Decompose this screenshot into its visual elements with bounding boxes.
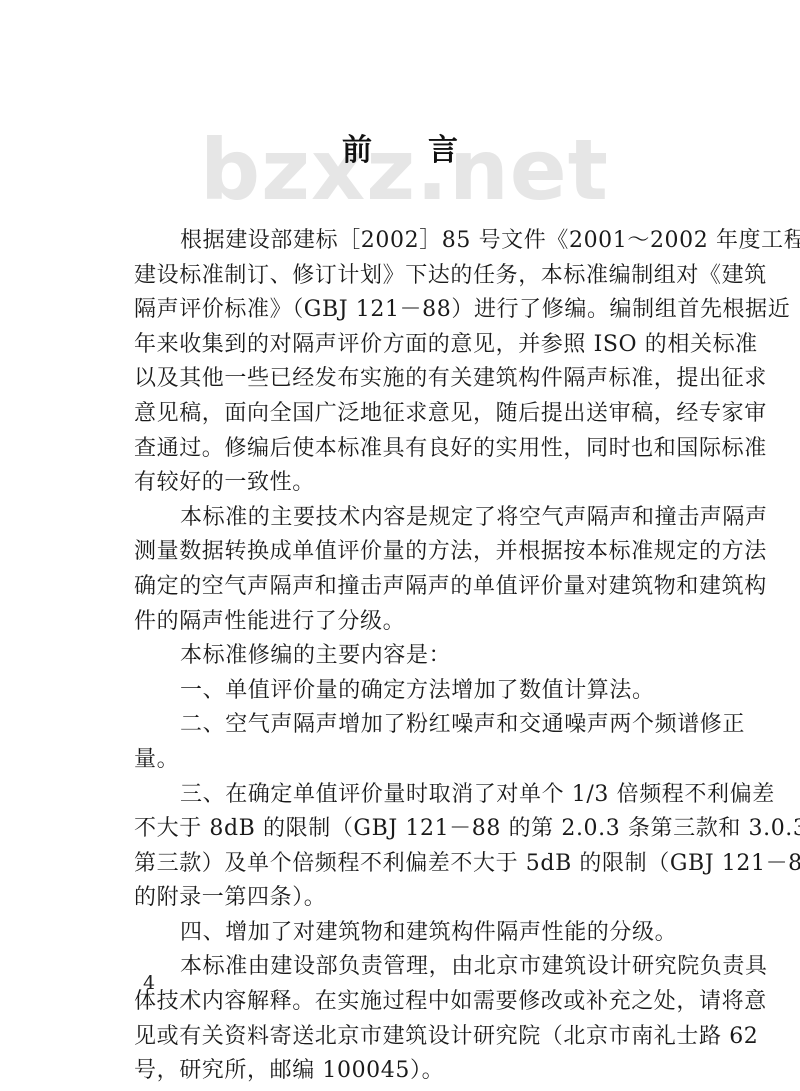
paragraph-management: 本标准由建设部负责管理，由北京市建筑设计研究院负责具 体技术内容解释。在实施过程… [134,950,690,1088]
paragraph-intro: 根据建设部建标［2002］85 号文件《2001～2002 年度工程 建设标准制… [134,224,690,501]
text-line: 有较好的一致性。 [134,466,690,501]
text-line: 确定的空气声隔声和撞击声隔声的单值评价量对建筑物和建筑构 [134,570,690,605]
paragraph-main-content: 本标准的主要技术内容是规定了将空气声隔声和撞击声隔声 测量数据转换成单值评价量的… [134,501,690,639]
text-line: 建设标准制订、修订计划》下达的任务，本标准编制组对《建筑 [134,259,690,294]
text-line: 件的隔声性能进行了分级。 [134,605,690,640]
text-line: 一、单值评价量的确定方法增加了数值计算法。 [134,674,690,709]
text-line: 本标准修编的主要内容是： [134,639,690,674]
paragraph-revision-intro: 本标准修编的主要内容是： [134,639,690,674]
body-text: 根据建设部建标［2002］85 号文件《2001～2002 年度工程 建设标准制… [134,224,690,1089]
text-line: 不大于 8dB 的限制（GBJ 121－88 的第 2.0.3 条第三款和 3.… [134,812,690,847]
text-line: 的附录一第四条）。 [134,881,690,916]
text-line: 隔声评价标准》（GBJ 121－88）进行了修编。编制组首先根据近 [134,293,690,328]
text-line: 根据建设部建标［2002］85 号文件《2001～2002 年度工程 [134,224,690,259]
text-line: 第三款）及单个倍频程不利偏差不大于 5dB 的限制（GBJ 121－88 [134,847,690,882]
text-line: 号，研究所，邮编 100045）。 [134,1054,690,1089]
text-line: 查通过。修编后使本标准具有良好的实用性，同时也和国际标准 [134,432,690,467]
title-char-2: 言 [428,133,458,169]
revision-item-3: 三、在确定单值评价量时取消了对单个 1/3 倍频程不利偏差 不大于 8dB 的限… [134,778,690,916]
text-line: 意见稿，面向全国广泛地征求意见，随后提出送审稿，经专家审 [134,397,690,432]
text-line: 本标准的主要技术内容是规定了将空气声隔声和撞击声隔声 [134,501,690,536]
text-line: 年来收集到的对隔声评价方面的意见，并参照 ISO 的相关标准 [134,328,690,363]
text-line: 见或有关资料寄送北京市建筑设计研究院（北京市南礼士路 62 [134,1020,690,1055]
page-title: 前言 [0,133,800,169]
text-line: 体技术内容解释。在实施过程中如需要修改或补充之处，请将意 [134,985,690,1020]
revision-item-4: 四、增加了对建筑物和建筑构件隔声性能的分级。 [134,916,690,951]
text-line: 以及其他一些已经发布实施的有关建筑构件隔声标准，提出征求 [134,362,690,397]
text-line: 量。 [134,743,690,778]
text-line: 测量数据转换成单值评价量的方法，并根据按本标准规定的方法 [134,535,690,570]
page-number: 4 [143,972,155,994]
revision-item-1: 一、单值评价量的确定方法增加了数值计算法。 [134,674,690,709]
text-line: 三、在确定单值评价量时取消了对单个 1/3 倍频程不利偏差 [134,778,690,813]
text-line: 二、空气声隔声增加了粉红噪声和交通噪声两个频谱修正 [134,708,690,743]
title-char-1: 前 [342,133,372,169]
text-line: 本标准由建设部负责管理，由北京市建筑设计研究院负责具 [134,950,690,985]
revision-item-2: 二、空气声隔声增加了粉红噪声和交通噪声两个频谱修正 量。 [134,708,690,777]
text-line: 四、增加了对建筑物和建筑构件隔声性能的分级。 [134,916,690,951]
